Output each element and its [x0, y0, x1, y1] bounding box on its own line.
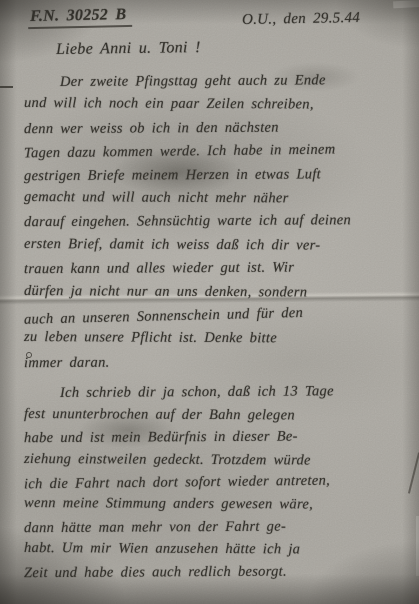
handwritten-line: Der zweite Pfingsttag geht auch zu Ende [24, 69, 410, 95]
handwritten-line: dann hätte man mehr von der Fahrt ge- [24, 515, 410, 540]
handwritten-line: Ich schrieb dir ja schon, daß ich 13 Tag… [24, 380, 410, 405]
handwritten-line: Tagen dazu kommen werde. Ich habe in mei… [24, 138, 410, 166]
handwritten-line: wenn meine Stimmung anders gewesen wäre, [24, 492, 410, 516]
handwritten-line: ersten Brief, damit ich weiss daß ich di… [24, 233, 410, 258]
paper-edge-tear [393, 0, 419, 8]
handwritten-line: gemacht und will auch nicht mehr näher [24, 186, 410, 211]
handwritten-line: ziehung einstweilen gedeckt. Trotzdem wü… [24, 447, 410, 471]
handwritten-line: trauen kann und alles wieder gut ist. Wi… [24, 256, 410, 282]
handwritten-line: zu leben unsere Pflicht ist. Denke bitte [24, 326, 410, 351]
handwritten-line: gestrigen Briefe meinem Herzen in etwas … [24, 162, 410, 188]
handwritten-line: habe und ist mein Bedürfnis in dieser Be… [24, 425, 410, 450]
letter-body: Der zweite Pfingsttag geht auch zu Ende … [24, 70, 410, 583]
handwritten-line: fest ununterbrochen auf der Bahn gelegen [24, 403, 410, 427]
date-line: O.U., den 29.5.44 [242, 10, 360, 29]
scanned-letter-page: F.N. 30252 B O.U., den 29.5.44 Liebe Ann… [0, 0, 419, 604]
fieldpost-number: F.N. 30252 B [28, 6, 133, 29]
handwritten-line: darauf eingehen. Sehnsüchtig warte ich a… [24, 209, 410, 235]
handwritten-line: Zeit und habe dies auch redlich besorgt. [24, 559, 410, 584]
salutation: Liebe Anni u. Toni ! [56, 39, 201, 59]
paragraph-1: Der zweite Pfingsttag geht auch zu Ende … [24, 70, 410, 374]
handwritten-line: und will ich noch ein paar Zeilen schrei… [24, 92, 410, 117]
margin-dash-mark [0, 86, 13, 88]
handwritten-line: habt. Um mir Wien anzusehen hätte ich ja [24, 537, 410, 561]
handwritten-line: immer daran. [24, 350, 410, 376]
paragraph-2: Ich schrieb dir ja schon, daß ich 13 Tag… [24, 381, 410, 583]
